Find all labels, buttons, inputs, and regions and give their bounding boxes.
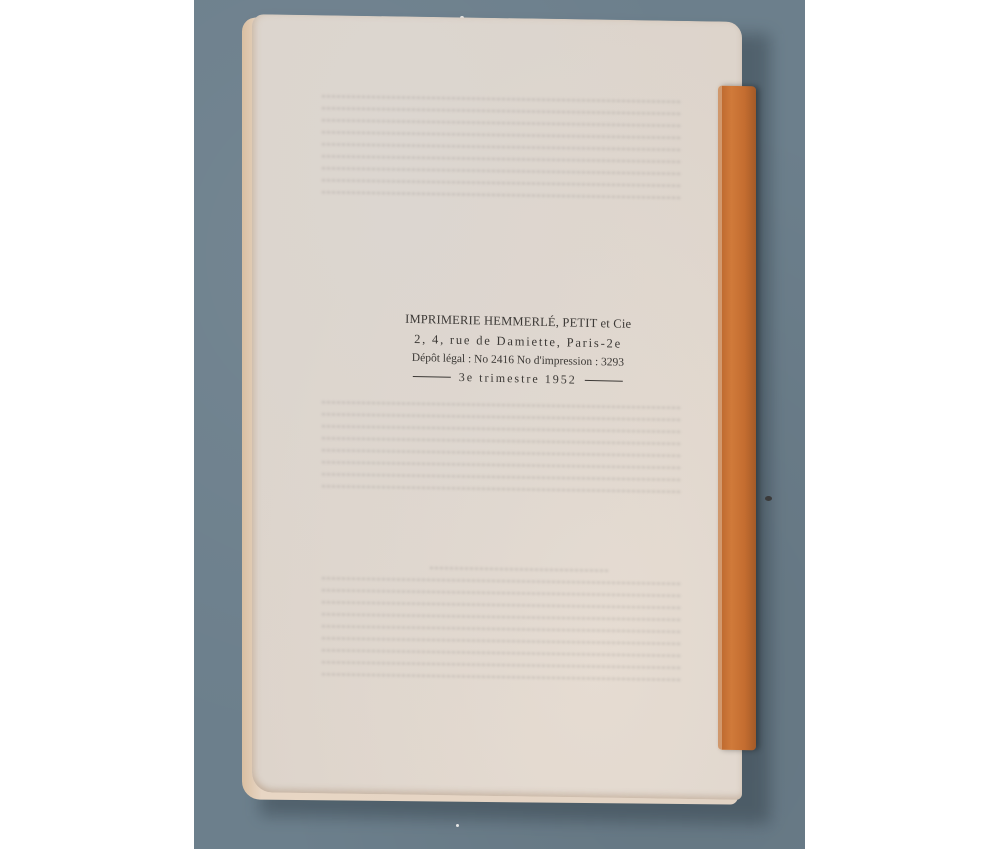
- show-through-text-bottom: [322, 555, 682, 691]
- back-page: IMPRIMERIE HEMMERLÉ, PETIT et Cie 2, 4, …: [252, 14, 742, 800]
- printer-colophon: IMPRIMERIE HEMMERLÉ, PETIT et Cie 2, 4, …: [398, 312, 638, 389]
- left-rule: [413, 376, 451, 378]
- orange-spine: [718, 86, 756, 751]
- print-date: 3e trimestre 1952: [398, 369, 638, 389]
- right-rule: [585, 380, 623, 382]
- printer-name: IMPRIMERIE HEMMERLÉ, PETIT et Cie: [398, 312, 638, 332]
- print-quarter: 3e trimestre 1952: [459, 370, 577, 388]
- book-photo: IMPRIMERIE HEMMERLÉ, PETIT et Cie 2, 4, …: [194, 0, 805, 849]
- legal-deposit: Dépôt légal : No 2416 No d'impression : …: [398, 352, 638, 369]
- printer-address: 2, 4, rue de Damiette, Paris-2e: [398, 332, 638, 352]
- dust-speck: [456, 824, 459, 827]
- show-through-text-top: [322, 85, 682, 209]
- book: IMPRIMERIE HEMMERLÉ, PETIT et Cie 2, 4, …: [242, 14, 756, 804]
- dust-speck: [765, 496, 772, 501]
- show-through-text-middle: [322, 391, 682, 503]
